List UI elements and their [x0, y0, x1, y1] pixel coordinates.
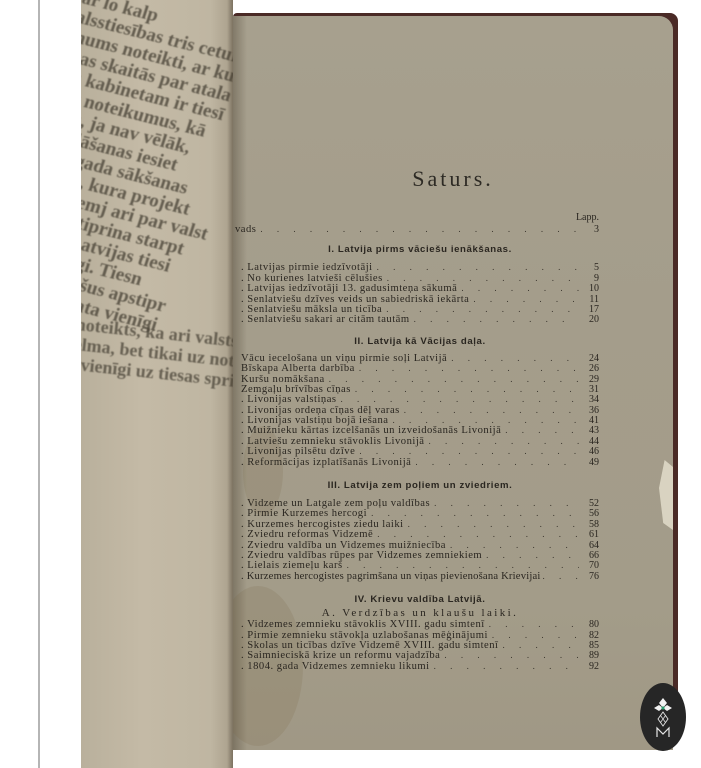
toc-entry: . Zviedru valdība un Vidzemes muižniecīb…	[241, 540, 599, 550]
left-page-text-bottom: noteikts, ka ari valsts kontr elma, bet …	[81, 314, 233, 401]
toc-entry: . Lielais ziemeļu karš70	[241, 560, 599, 570]
entry-title: . Kurzemes hercogistes pagrimšana un viņ…	[241, 572, 541, 582]
leader-dots	[359, 446, 579, 456]
leader-dots	[329, 374, 579, 384]
toc-entry: . Skolas un ticības dzīve Vidzemē XVIII.…	[241, 640, 599, 650]
leader-dots	[461, 283, 579, 293]
leader-dots	[377, 262, 579, 272]
toc-entry: . Livonijas valstiņu bojā iešana41	[241, 415, 599, 425]
toc-entry: . Saimnieciskā krize un reformu vajadzīb…	[241, 650, 599, 660]
toc-entry: . Pirmie Kurzemes hercogi56	[241, 508, 599, 518]
leader-dots	[387, 273, 579, 283]
leader-dots	[404, 405, 579, 415]
entry-page: 49	[583, 458, 599, 468]
toc-entry: . Pirmie zemnieku stāvokļa uzlabošanas m…	[241, 630, 599, 640]
leader-dots	[414, 314, 579, 324]
toc-entry: . Kurzemes hercogistes pagrimšana un viņ…	[241, 571, 599, 581]
leader-dots	[260, 224, 579, 234]
section-heading: III. Latvija zem poļiem un zviedriem.	[241, 479, 599, 493]
toc-entry: . Livonijas valstiņas34	[241, 394, 599, 404]
section-heading: II. Latvija kā Vācijas daļa.	[241, 335, 599, 349]
brand-logo-icon	[648, 694, 678, 740]
section-heading: IV. Krievu valdība Latvijā.	[241, 593, 599, 607]
leader-dots	[473, 294, 579, 304]
toc-entry: . Latvijas pirmie iedzīvotāji5	[241, 262, 599, 272]
leader-dots	[386, 304, 579, 314]
leader-dots	[434, 661, 579, 671]
entry-page: 20	[583, 315, 599, 325]
toc-entry: . Senlatviešu sakari ar citām tautām20	[241, 314, 599, 324]
entry-title: . 1804. gada Vidzemes zemnieku likumi	[241, 662, 430, 672]
toc-entry: . Senlatviešu dzīves veids un sabiedrisk…	[241, 294, 599, 304]
entry-page: 76	[583, 572, 599, 582]
leader-dots	[393, 415, 579, 425]
section-heading: I. Latvija pirms vāciešu ienākšanas.	[241, 243, 599, 257]
page-tear	[659, 460, 673, 530]
left-page: par lo kalp balsstiesības tris ceturt lū…	[81, 0, 233, 768]
brand-logo-button[interactable]	[640, 683, 686, 751]
toc-header: Lapp.	[241, 212, 599, 224]
leader-dots	[341, 394, 579, 404]
leader-dots	[377, 529, 579, 539]
leader-dots	[355, 384, 579, 394]
leader-dots	[450, 540, 579, 550]
entry-title: . Reformācijas izplatīšanās Livonijā	[241, 458, 411, 468]
toc-entry: . 1804. gada Vidzemes zemnieku likumi92	[241, 661, 599, 671]
toc-entry: Vācu iecelošana un viņu pirmie soļi Latv…	[241, 353, 599, 363]
leader-dots	[492, 630, 579, 640]
toc-entry: . Vidzeme un Latgale zem poļu valdības52	[241, 498, 599, 508]
leader-dots	[543, 571, 581, 581]
leader-dots	[505, 425, 579, 435]
toc-entry: . Zviedru reformas Vidzemē61	[241, 529, 599, 539]
toc-entry: vads 3	[241, 224, 599, 234]
leader-dots	[486, 550, 579, 560]
leader-dots	[371, 508, 579, 518]
toc-entry: . Reformācijas izplatīšanās Livonijā49	[241, 457, 599, 467]
toc-entry: Kuršu nomākšana29	[241, 374, 599, 384]
leader-dots	[347, 560, 579, 570]
toc-entry: . No kurienes latvieši cēlušies9	[241, 273, 599, 283]
toc-entry: . Latviešu zemnieku stāvoklis Livonijā44	[241, 436, 599, 446]
entry-title: . Senlatviešu sakari ar citām tautām	[241, 315, 410, 325]
leader-dots	[503, 640, 579, 650]
leader-dots	[359, 363, 579, 373]
toc-entry: . Livonijas ordeņa cīņas dēļ varas36	[241, 405, 599, 415]
toc-entry: . Kurzemes hercogistes ziedu laiki58	[241, 519, 599, 529]
toc-entry: Zemgaļu brīvības cīņas31	[241, 384, 599, 394]
leader-dots	[451, 353, 579, 363]
toc-entry: . Latvijas iedzīvotāji 13. gadusimteņa s…	[241, 283, 599, 293]
table-of-contents: Lapp. vads 3 I. Latvija pirms vāciešu ie…	[241, 212, 599, 671]
toc-entry: Bīskapa Alberta darbība26	[241, 363, 599, 373]
toc-entry: . Muižnieku kārtas izcelšanās un izveido…	[241, 425, 599, 435]
entry-page: 92	[583, 662, 599, 672]
page-column-label: Lapp.	[576, 212, 599, 223]
subsection-heading: A. Verdzības un klaušu laiki.	[241, 607, 599, 619]
entry-page: 3	[583, 225, 599, 235]
entry-title: vads	[235, 225, 256, 235]
leader-dots	[489, 619, 579, 629]
toc-entry: . Livonijas pilsētu dzīve46	[241, 446, 599, 456]
viewer-divider	[38, 0, 40, 768]
toc-entry: . Vidzemes zemnieku stāvoklis XVIII. gad…	[241, 619, 599, 629]
leader-dots	[408, 519, 579, 529]
page-title: Saturs.	[233, 166, 673, 192]
leader-dots	[415, 457, 579, 467]
leader-dots	[428, 436, 579, 446]
leader-dots	[434, 498, 579, 508]
toc-entry: . Zviedru valdības rūpes par Vidzemes ze…	[241, 550, 599, 560]
leader-dots	[444, 650, 579, 660]
left-page-text-top: par lo kalp balsstiesības tris ceturt lū…	[81, 0, 233, 354]
toc-entry: . Senlatviešu māksla un ticība17	[241, 304, 599, 314]
right-page: Saturs. Lapp. vads 3 I. Latvija pirms vā…	[233, 16, 673, 750]
